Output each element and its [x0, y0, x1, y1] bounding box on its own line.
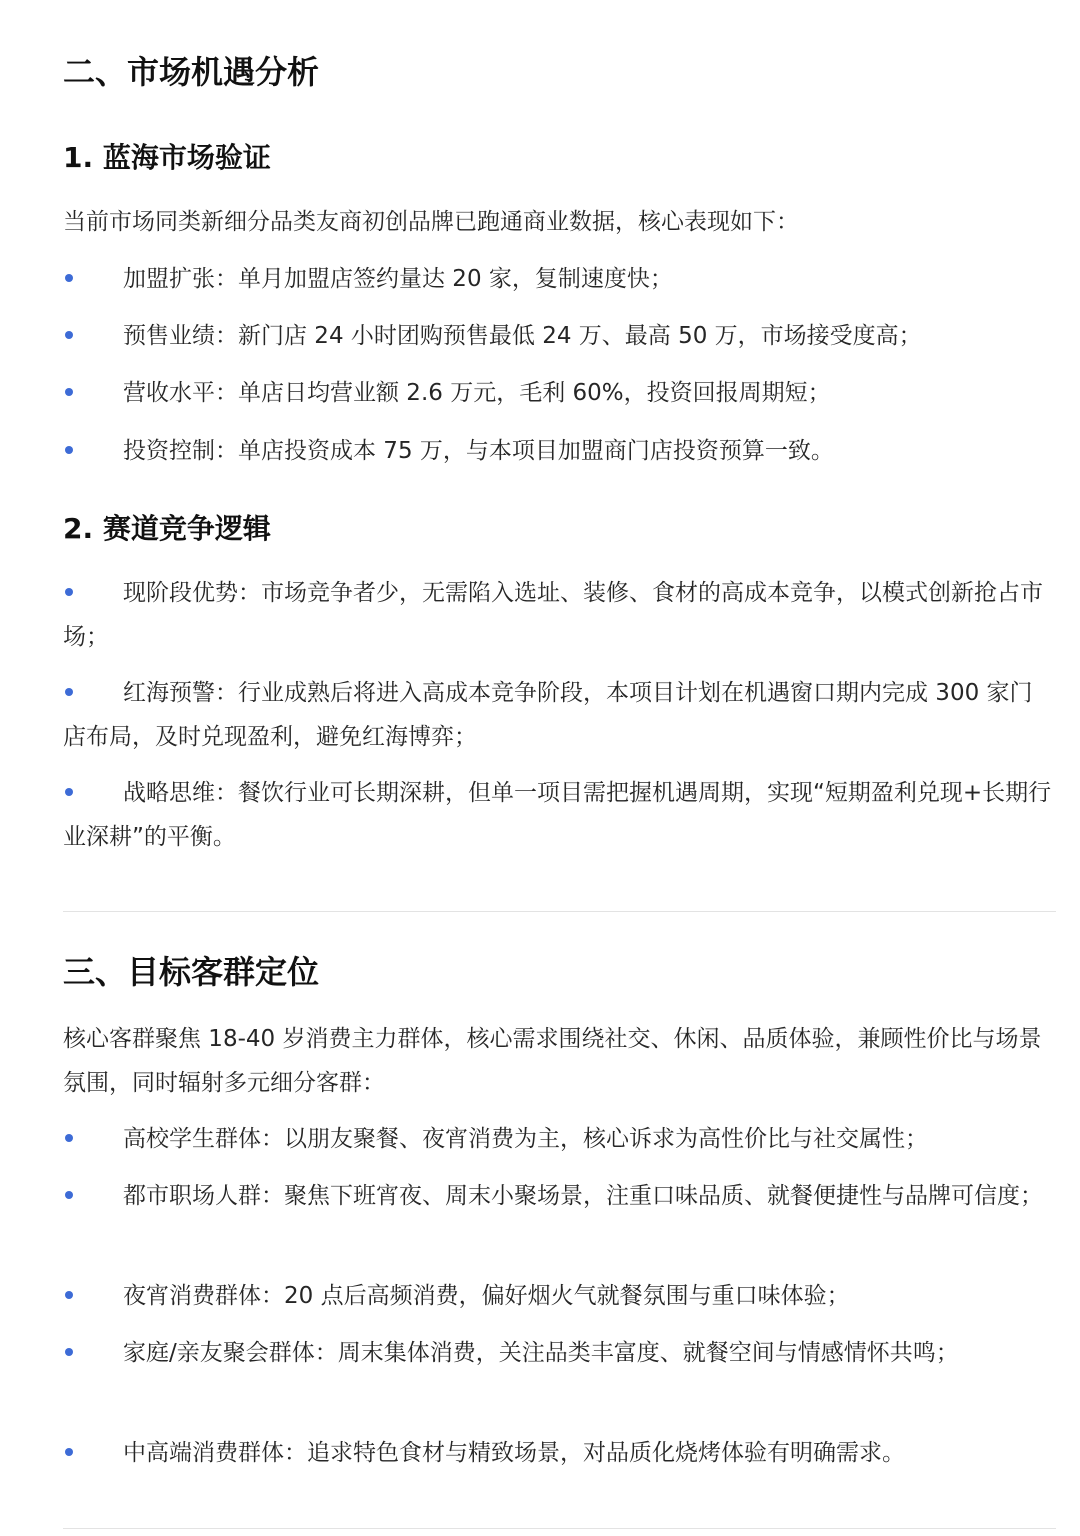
list-item-text: 都市职场人群：聚焦下班宵夜、周末小聚场景，注重口味品质、就餐便捷性与品牌可信度；	[123, 1183, 1043, 1209]
list-item: 加盟扩张：单月加盟店签约量达 20 家，复制速度快；	[63, 257, 1053, 301]
bullet-dot-icon	[65, 1191, 73, 1199]
list-item-text: 现阶段优势：市场竞争者少，无需陷入选址、装修、食材的高成本竞争，以模式创新抢占市…	[63, 580, 1043, 650]
section-divider	[63, 1528, 1056, 1529]
list-item: 现阶段优势：市场竞争者少，无需陷入选址、装修、食材的高成本竞争，以模式创新抢占市…	[63, 571, 1053, 659]
list-item: 投资控制：单店投资成本 75 万，与本项目加盟商门店投资预算一致。	[63, 429, 1053, 473]
list-item-text: 加盟扩张：单月加盟店签约量达 20 家，复制速度快；	[123, 266, 673, 292]
paragraph-intro-market: 当前市场同类新细分品类友商初创品牌已跑通商业数据，核心表现如下：	[63, 200, 1053, 244]
bullet-dot-icon	[65, 1448, 73, 1456]
section-divider	[63, 911, 1056, 912]
list-item: 高校学生群体：以朋友聚餐、夜宵消费为主，核心诉求为高性价比与社交属性；	[63, 1117, 1053, 1161]
bullet-dot-icon	[65, 1348, 73, 1356]
list-item-text: 营收水平：单店日均营业额 2.6 万元，毛利 60%，投资回报周期短；	[123, 380, 831, 406]
section-heading-market-opportunity: 二、市场机遇分析	[63, 52, 319, 92]
list-item-text: 高校学生群体：以朋友聚餐、夜宵消费为主，核心诉求为高性价比与社交属性；	[123, 1126, 928, 1152]
list-item: 预售业绩：新门店 24 小时团购预售最低 24 万、最高 50 万，市场接受度高…	[63, 314, 1053, 358]
list-item-text: 家庭/亲友聚会群体：周末集体消费，关注品类丰富度、就餐空间与情感情怀共鸣；	[123, 1340, 959, 1366]
bullet-dot-icon	[65, 331, 73, 339]
paragraph-intro-customers: 核心客群聚焦 18-40 岁消费主力群体，核心需求围绕社交、休闲、品质体验，兼顾…	[63, 1017, 1053, 1105]
list-item-text: 预售业绩：新门店 24 小时团购预售最低 24 万、最高 50 万，市场接受度高…	[123, 323, 922, 349]
list-item: 红海预警：行业成熟后将进入高成本竞争阶段，本项目计划在机遇窗口期内完成 300 …	[63, 671, 1053, 759]
bullet-dot-icon	[65, 388, 73, 396]
section-heading-target-customers: 三、目标客群定位	[63, 952, 319, 992]
list-item: 中高端消费群体：追求特色食材与精致场景，对品质化烧烤体验有明确需求。	[63, 1431, 1053, 1475]
list-item-text: 中高端消费群体：追求特色食材与精致场景，对品质化烧烤体验有明确需求。	[123, 1440, 905, 1466]
bullet-dot-icon	[65, 588, 73, 596]
list-item-text: 红海预警：行业成熟后将进入高成本竞争阶段，本项目计划在机遇窗口期内完成 300 …	[63, 680, 1033, 750]
bullet-dot-icon	[65, 1291, 73, 1299]
list-item: 家庭/亲友聚会群体：周末集体消费，关注品类丰富度、就餐空间与情感情怀共鸣；	[63, 1331, 1053, 1375]
list-item: 都市职场人群：聚焦下班宵夜、周末小聚场景，注重口味品质、就餐便捷性与品牌可信度；	[63, 1174, 1053, 1218]
subheading-competition-logic: 2. 赛道竞争逻辑	[63, 511, 271, 547]
bullet-dot-icon	[65, 446, 73, 454]
bullet-dot-icon	[65, 688, 73, 696]
list-item-text: 夜宵消费群体：20 点后高频消费，偏好烟火气就餐氛围与重口味体验；	[123, 1283, 850, 1309]
bullet-dot-icon	[65, 788, 73, 796]
list-item: 战略思维：餐饮行业可长期深耕，但单一项目需把握机遇周期，实现“短期盈利兑现+长期…	[63, 771, 1053, 859]
list-item: 夜宵消费群体：20 点后高频消费，偏好烟火气就餐氛围与重口味体验；	[63, 1274, 1053, 1318]
subheading-blue-ocean: 1. 蓝海市场验证	[63, 140, 271, 176]
list-item: 营收水平：单店日均营业额 2.6 万元，毛利 60%，投资回报周期短；	[63, 371, 1053, 415]
list-item-text: 战略思维：餐饮行业可长期深耕，但单一项目需把握机遇周期，实现“短期盈利兑现+长期…	[63, 780, 1051, 850]
bullet-dot-icon	[65, 274, 73, 282]
bullet-dot-icon	[65, 1134, 73, 1142]
list-item-text: 投资控制：单店投资成本 75 万，与本项目加盟商门店投资预算一致。	[123, 438, 834, 464]
